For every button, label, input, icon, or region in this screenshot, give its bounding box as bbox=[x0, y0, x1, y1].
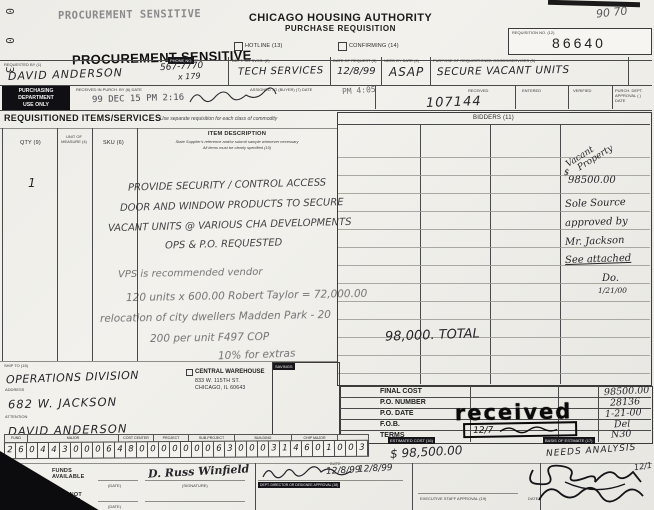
vendor-note-2: 120 units x 600.00 Robert Taylor = 72,00… bbox=[126, 288, 367, 304]
purchasing-dept-box-line3: USE ONLY bbox=[2, 102, 70, 109]
account-digit: 1 bbox=[280, 441, 291, 456]
corner-scribble: 90 70 bbox=[595, 4, 628, 20]
received-stamp-date: 12/7 bbox=[473, 425, 493, 435]
divider bbox=[628, 57, 629, 85]
unit-column-label: UNIT OF MEASURE (4) bbox=[61, 134, 87, 144]
final-cost-row-label-2: P.O. NUMBER bbox=[380, 399, 426, 406]
account-digit: 0 bbox=[236, 442, 247, 457]
director-approval-label: DEPT. DIRECTOR OR DESIGNEE APPROVAL (18) bbox=[258, 482, 340, 488]
hotline-checkbox[interactable] bbox=[234, 42, 243, 51]
account-digit: 0 bbox=[313, 441, 324, 456]
purchasing-dept-box: PURCHASING DEPARTMENT USE ONLY bbox=[2, 86, 70, 111]
account-digit: 4 bbox=[49, 443, 60, 458]
account-digit: 4 bbox=[115, 442, 126, 457]
divider bbox=[137, 128, 138, 362]
description-line-3: VACANT UNITS @ VARIOUS CHA DEVELOPMENTS bbox=[108, 217, 352, 234]
winfield-signature[interactable]: D. Russ Winfield bbox=[148, 462, 250, 480]
date-of-request-label: DATE OF REQUEST (3) bbox=[333, 58, 376, 63]
purpose-value: SECURE VACANT UNITS bbox=[437, 64, 570, 78]
account-digit: 8 bbox=[126, 442, 137, 457]
org-title: CHICAGO HOUSING AUTHORITY bbox=[228, 12, 453, 24]
account-digit: 3 bbox=[60, 443, 71, 458]
ship-to-label: SHIP TO (15) bbox=[4, 363, 28, 368]
funds-not-date-sublabel: (DATE) bbox=[108, 504, 121, 509]
account-digit: 3 bbox=[269, 441, 280, 456]
scanned-purchase-requisition: 0 0 3 PROCUREMENT SENSITIVE PROCUREMENT … bbox=[0, 0, 654, 510]
account-digit: 0 bbox=[93, 443, 104, 458]
purchasing-dept-box-line2: DEPARTMENT bbox=[2, 95, 70, 102]
divider bbox=[412, 463, 413, 510]
divider bbox=[568, 86, 569, 109]
account-digit: 4 bbox=[291, 441, 302, 456]
divider bbox=[430, 57, 431, 85]
divider bbox=[228, 57, 229, 85]
savings-label: SAVINGS bbox=[273, 363, 295, 370]
director-approval-date: 12/8/99 bbox=[358, 463, 393, 475]
received-stamp-word: received bbox=[455, 401, 603, 424]
vendor-note-4: 200 per unit F497 COP bbox=[150, 331, 269, 345]
rule bbox=[98, 480, 138, 481]
requested-by-value: DAVID ANDERSON bbox=[8, 66, 123, 83]
divider bbox=[515, 86, 516, 109]
central-warehouse-addr1: 833 W. 115TH ST. bbox=[195, 378, 240, 384]
ship-attention-label: ATTENTION bbox=[5, 414, 27, 419]
account-digit: 4 bbox=[38, 443, 49, 458]
clerk-time-stamp: PM 4:05 bbox=[342, 85, 376, 96]
exec-staff-approval-label: EXECUTIVE STAFF APPROVAL (19) bbox=[420, 496, 486, 501]
received-in-purch-label: RECEIVED IN PURCH. BY (6) DATE bbox=[76, 87, 142, 92]
vendor-note-1: VPS is recommended vendor bbox=[118, 267, 263, 281]
estimated-cost-label: ESTIMATED COST (16) bbox=[388, 437, 435, 444]
final-cost-row-label-4: F.O.B. bbox=[380, 421, 400, 428]
date-of-request-value: 12/8/99 bbox=[337, 66, 376, 77]
procurement-sensitive-stamp-faint: PROCUREMENT SENSITIVE bbox=[58, 8, 201, 22]
items-note: Use separate requisition for each class … bbox=[160, 116, 277, 122]
account-digit: 3 bbox=[225, 442, 236, 457]
account-digit: 6 bbox=[214, 442, 225, 457]
divider bbox=[255, 463, 256, 510]
funds-available-label: FUNDS AVAILABLE bbox=[52, 468, 92, 480]
account-digit: 0 bbox=[137, 442, 148, 457]
confirming-checkbox[interactable] bbox=[338, 42, 347, 51]
account-digit: 0 bbox=[335, 441, 346, 456]
rule bbox=[0, 60, 652, 61]
account-digit: 0 bbox=[181, 442, 192, 457]
divider bbox=[612, 86, 613, 109]
divider bbox=[381, 57, 382, 85]
requested-by-label: REQUESTED BY (1) bbox=[4, 62, 41, 67]
ship-address-value: 682 W. JACKSON bbox=[8, 395, 117, 412]
account-digit: 6 bbox=[302, 441, 313, 456]
savings-box bbox=[272, 362, 340, 440]
rule bbox=[145, 480, 245, 481]
terms-value: N30 bbox=[611, 428, 632, 440]
description-line-1: PROVIDE SECURITY / CONTROL ACCESS bbox=[128, 177, 326, 193]
requisition-ref-number: 107144 bbox=[426, 94, 482, 111]
requisition-number: 86640 bbox=[508, 35, 650, 51]
assigned-to-label: ASSIGNED TO (BUYER) (7) DATE bbox=[250, 87, 312, 92]
rule bbox=[337, 124, 650, 125]
account-digit: 0 bbox=[346, 441, 357, 456]
form-title: PURCHASE REQUISITION bbox=[228, 24, 453, 33]
ship-division-value: OPERATIONS DIVISION bbox=[6, 369, 139, 387]
received-stamp-scribble bbox=[499, 425, 559, 434]
entered-col-label: ENTERED bbox=[522, 88, 541, 93]
vendor-note-3: relocation of city dwellers Madden Park … bbox=[100, 309, 331, 325]
received-stamp: received 12/7 bbox=[455, 401, 604, 442]
account-digit: 0 bbox=[247, 442, 258, 457]
received-col-label: RECEIVED bbox=[468, 88, 488, 93]
rule bbox=[98, 501, 138, 502]
account-digit: 3 bbox=[357, 441, 368, 456]
paper-background: 0 0 3 PROCUREMENT SENSITIVE PROCUREMENT … bbox=[0, 0, 654, 510]
divider bbox=[2, 128, 3, 362]
rule bbox=[0, 85, 652, 86]
rule bbox=[0, 110, 652, 111]
item-description-label: ITEM DESCRIPTION bbox=[137, 131, 337, 137]
account-header-fund: FUND bbox=[5, 435, 28, 442]
account-digit: 0 bbox=[258, 441, 269, 456]
bid-amount: 98500.00 bbox=[568, 175, 616, 186]
rule bbox=[418, 493, 518, 494]
account-digit: 0 bbox=[148, 442, 159, 457]
verified-col-label: VERIFIED bbox=[573, 88, 591, 93]
sole-source-note2: approved by bbox=[565, 216, 628, 229]
description-line-2: DOOR AND WINDOW PRODUCTS TO SECURE bbox=[120, 197, 344, 214]
divider bbox=[330, 57, 331, 85]
purpose-label: PURPOSE OF REQUISITIONED GOODS/SERVICES … bbox=[433, 58, 535, 63]
do-note: Do. bbox=[602, 273, 619, 284]
qty-value: 1 bbox=[28, 176, 36, 190]
see-attached-note: See attached bbox=[565, 253, 632, 266]
purchasing-dept-box-line1: PURCHASING bbox=[2, 88, 70, 95]
account-digit: 0 bbox=[71, 443, 82, 458]
item-description-note2: All items must be clearly specified (10) bbox=[137, 145, 337, 150]
funds-date-sublabel: (DATE) bbox=[108, 483, 121, 488]
account-digit: 0 bbox=[27, 443, 38, 458]
divider bbox=[57, 128, 58, 362]
need-by-label: NEED BY DATE (4) bbox=[384, 58, 419, 63]
need-by-value: ASAP bbox=[389, 65, 424, 79]
do-date: 1/21/00 bbox=[598, 286, 627, 295]
dept-label: DEPT. OR SVCS. (2) bbox=[232, 58, 270, 63]
final-cost-row-label-3: P.O. DATE bbox=[380, 410, 414, 417]
divider bbox=[375, 86, 376, 109]
signature-sublabel: (SIGNATURE) bbox=[182, 483, 208, 488]
final-cost-row-label-1: FINAL COST bbox=[380, 388, 422, 395]
description-line-4: OPS & P.O. REQUESTED bbox=[165, 237, 283, 251]
purch-approval-col-label: PURCH. DEPT. APPROVAL ( ) DATE bbox=[615, 88, 651, 103]
account-digit: 0 bbox=[192, 442, 203, 457]
divider bbox=[92, 128, 93, 362]
account-digit: 1 bbox=[324, 441, 335, 456]
account-digit: 0 bbox=[159, 442, 170, 457]
items-title: REQUISITIONED ITEMS/SERVICES bbox=[4, 113, 161, 123]
account-digit-row: 260443000648000000063000314601003 bbox=[4, 440, 369, 460]
qty-column-label: QTY (9) bbox=[20, 140, 41, 146]
sku-column-label: SKU (6) bbox=[103, 140, 124, 146]
received-date-stamp: 99 DEC 15 PM 2:16 bbox=[92, 93, 184, 105]
sole-source-note1: Sole Source bbox=[565, 197, 626, 210]
dept-value: TECH SERVICES bbox=[238, 65, 324, 77]
rule bbox=[145, 501, 245, 502]
estimated-cost-value: $ 98,500.00 bbox=[390, 443, 463, 461]
rule bbox=[258, 480, 403, 481]
bidders-header: BIDDERS (11) bbox=[337, 115, 650, 121]
central-warehouse-addr2: CHICAGO, IL 60643 bbox=[195, 385, 246, 391]
confirming-label: CONFIRMING (14) bbox=[349, 43, 399, 49]
rule bbox=[0, 128, 337, 129]
sole-source-note3: Mr. Jackson bbox=[565, 235, 625, 248]
account-digit: 6 bbox=[16, 443, 27, 458]
item-description-note1: State Supplier's reference and/or submit… bbox=[137, 139, 337, 144]
central-warehouse-label: CENTRAL WAREHOUSE bbox=[195, 369, 265, 375]
phone-ext-value: x 179 bbox=[178, 71, 201, 81]
ship-address-label: ADDRESS bbox=[5, 387, 24, 392]
executive-signature[interactable] bbox=[525, 448, 653, 508]
account-digit: 0 bbox=[170, 442, 181, 457]
hotline-label: HOTLINE (13) bbox=[245, 43, 283, 49]
account-digit: 6 bbox=[104, 442, 115, 457]
central-warehouse-checkbox[interactable] bbox=[186, 369, 193, 376]
account-digit: 0 bbox=[82, 443, 93, 458]
account-digit: 0 bbox=[203, 442, 214, 457]
